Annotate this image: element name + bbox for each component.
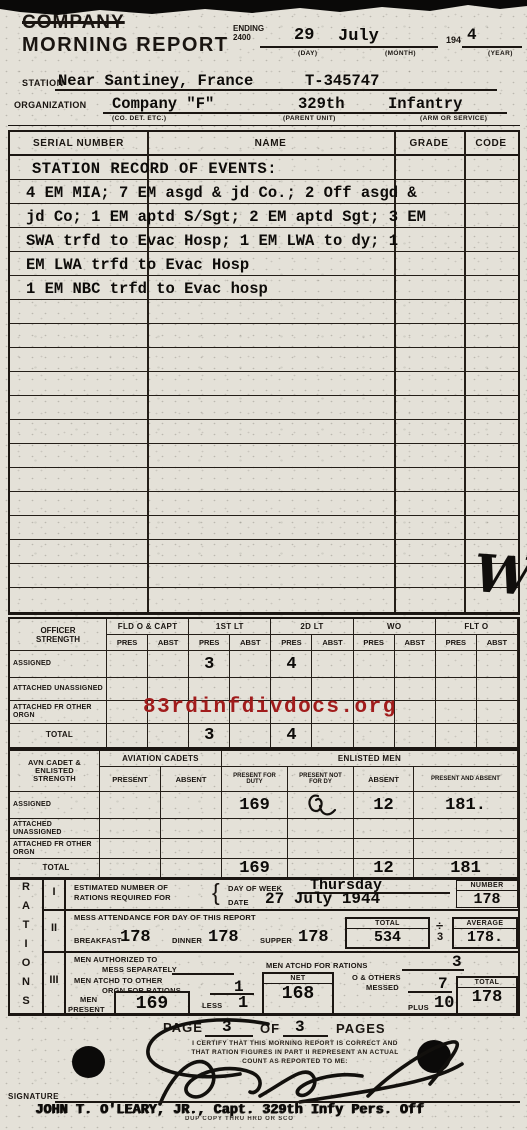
enlisted-cell — [161, 819, 222, 839]
grade-header: GRADE — [394, 132, 464, 154]
mess-total-label: TOTAL — [347, 919, 428, 929]
plus-label: PLUS — [408, 1003, 429, 1012]
enlisted-cell — [288, 859, 354, 878]
table-row — [10, 396, 518, 420]
officer-cell — [395, 678, 436, 701]
table-row — [10, 444, 518, 468]
section-thin-rule-1 — [8, 613, 520, 615]
org-caption-parent: (PARENT UNIT) — [283, 115, 336, 122]
officer-cell — [107, 724, 148, 748]
less-value: 1 — [238, 994, 248, 1013]
record-of-events-line: 4 EM MIA; 7 EM asgd & jd Co.; 2 Off asgd… — [26, 184, 417, 202]
rations-total-box: TOTAL 178 — [456, 976, 518, 1016]
officer-cell — [107, 678, 148, 701]
enlisted-cell — [414, 819, 518, 839]
officer-cell — [477, 701, 518, 724]
mess-total-value: 534 — [347, 929, 428, 946]
group-2d-lt: 2D LT — [271, 619, 353, 635]
pres-header: PRES — [436, 635, 477, 651]
abst-header: ABST — [312, 635, 353, 651]
code-header: CODE — [464, 132, 518, 154]
organization-underline — [103, 112, 507, 114]
number-box: NUMBER 178 — [456, 880, 518, 908]
divisor: 3 — [437, 932, 443, 944]
dinner-value: 178 — [208, 928, 239, 947]
month-caption: (MONTH) — [385, 50, 416, 57]
officer-cell — [312, 724, 353, 748]
organization-label: ORGANIZATION — [14, 101, 86, 110]
watermark-83rdinfdivdocs: 83rdinfdivdocs.org — [143, 696, 397, 719]
handwritten-w-mark: W) — [472, 543, 527, 610]
net-value: 168 — [264, 984, 332, 1004]
average-value: 178. — [454, 929, 516, 946]
col-line-grade — [394, 132, 396, 612]
year-underline — [462, 46, 522, 48]
supper-value: 178 — [298, 928, 329, 947]
dinner-label: DINNER — [172, 936, 202, 945]
officer-cell — [477, 651, 518, 678]
men-authorized-label-1: MEN AUTHORIZED TO — [74, 955, 157, 964]
cadet-absent-header: ABSENT — [161, 767, 222, 792]
average-label: AVERAGE — [454, 919, 516, 929]
table-row — [10, 324, 518, 348]
breakfast-label: BREAKFAST — [74, 936, 122, 945]
enlisted-cell: 181. — [414, 792, 518, 819]
signer-small-print: DUP COPY THRU HRD OR SCO — [185, 1116, 294, 1122]
brace: { — [212, 880, 220, 904]
enlisted-cell — [161, 839, 222, 859]
enlisted-cell — [100, 792, 161, 819]
men-atchd-for-rations-label: MEN ATCHD FOR RATIONS — [266, 961, 368, 970]
enlisted-row-label: ATTACHED UNASSIGNED — [10, 819, 100, 839]
officer-title-line1: OFFICER — [40, 626, 75, 635]
enlisted-strength-table: AVN CADET & ENLISTED STRENGTH AVIATION C… — [8, 749, 520, 880]
group-1st-lt: 1ST LT — [189, 619, 271, 635]
rations-hline-1 — [42, 909, 518, 911]
station-underline — [55, 89, 497, 91]
table-row — [10, 300, 518, 324]
net-label: NET — [264, 974, 332, 984]
group-wo: WO — [354, 619, 436, 635]
pres-header: PRES — [271, 635, 312, 651]
record-of-events-line: 1 EM NBC trfd to Evac hosp — [26, 280, 268, 298]
others-underline — [408, 991, 452, 993]
pres-header: PRES — [107, 635, 148, 651]
rations-total-label: TOTAL — [458, 978, 516, 988]
rations-numeral-1: I — [44, 887, 64, 899]
enlisted-row-label: ATTACHED FR OTHER ORGN — [10, 839, 100, 859]
header-thin-rule — [8, 125, 520, 126]
enlisted-cell: 12 — [354, 792, 414, 819]
officer-cell — [395, 701, 436, 724]
officer-cell — [436, 651, 477, 678]
events-header-row: SERIAL NUMBER NAME GRADE CODE — [10, 132, 518, 156]
officer-title-line2: STRENGTH — [36, 635, 80, 644]
enlisted-cell — [354, 839, 414, 859]
abst-header: ABST — [148, 635, 189, 651]
enlisted-cell — [354, 819, 414, 839]
day-caption: (DAY) — [298, 50, 317, 57]
men-atchd-other-label-1: MEN ATCHD TO OTHER — [74, 976, 162, 985]
o-and-others-label-2: MESSED — [366, 983, 399, 992]
org-caption-company: (CO. DET. ETC.) — [112, 115, 166, 122]
cadet-present-header: PRESENT — [100, 767, 161, 792]
number-value: 178 — [457, 891, 517, 908]
rations-letter: T — [10, 919, 42, 931]
officer-cell — [107, 701, 148, 724]
men-present-label-1: MEN — [80, 995, 97, 1004]
enlisted-cell — [100, 839, 161, 859]
enlisted-cell — [414, 839, 518, 859]
officer-cell — [436, 678, 477, 701]
officer-cell: 3 — [189, 651, 230, 678]
officer-strength-table: OFFICER STRENGTH FLD O & CAPT 1ST LT 2D … — [8, 617, 520, 750]
breakfast-value: 178 — [120, 928, 151, 947]
date-label: DATE — [228, 898, 249, 907]
table-row — [10, 588, 518, 612]
rations-letter: I — [10, 938, 42, 950]
men-authorized-label-2: MESS SEPARATELY — [102, 965, 177, 974]
less-label: LESS — [202, 1001, 222, 1010]
present-for-duty-header: PRESENT FOR DUTY — [222, 767, 288, 792]
ending-time: 2400 — [233, 34, 251, 42]
serial-number-header: SERIAL NUMBER — [10, 132, 147, 154]
record-of-events-line: EM LWA trfd to Evac Hosp — [26, 256, 249, 274]
pres-header: PRES — [189, 635, 230, 651]
date-underline — [260, 46, 438, 48]
organization-company: Company "F" — [112, 95, 214, 113]
enlisted-cell: 12 — [354, 859, 414, 878]
events-table: SERIAL NUMBER NAME GRADE CODE STATION RE… — [8, 130, 520, 614]
abst-header: ABST — [395, 635, 436, 651]
signature-label: SIGNATURE — [8, 1093, 59, 1101]
o-and-others-label-1: O & OTHERS — [352, 973, 401, 982]
plus-value: 10 — [434, 994, 454, 1013]
estimated-label-1: ESTIMATED NUMBER OF — [74, 883, 168, 892]
table-row — [10, 564, 518, 588]
enlisted-cell — [222, 819, 288, 839]
record-of-events-line: jd Co; 1 EM aptd S/Sgt; 2 EM aptd Sgt; 3… — [26, 208, 426, 226]
record-of-events-line: STATION RECORD OF EVENTS: — [32, 160, 277, 178]
table-row — [10, 492, 518, 516]
rations-vline-2 — [64, 879, 66, 1013]
station-coordinate: T-345747 — [305, 72, 379, 90]
atchd-for-underline — [402, 969, 464, 971]
rations-vline-1 — [42, 879, 44, 1013]
officer-cell — [436, 701, 477, 724]
date-value: 27 July 1944 — [265, 890, 380, 908]
org-caption-arm: (ARM OR SERVICE) — [420, 115, 487, 122]
morning-report-scan: COMPANY MORNING REPORT ENDING 2400 29 Ju… — [0, 0, 527, 1130]
name-header: NAME — [147, 132, 394, 154]
enlisted-row-label: TOTAL — [10, 859, 100, 878]
record-of-events-line: SWA trfd to Evac Hosp; 1 EM LWA to dy; 1 — [26, 232, 398, 250]
enlisted-cell — [222, 839, 288, 859]
officer-row-label: ASSIGNED — [10, 651, 107, 678]
officer-cell — [395, 724, 436, 748]
officer-cell: 3 — [189, 724, 230, 748]
year-digit: 4 — [467, 26, 477, 44]
enlisted-cell — [161, 792, 222, 819]
abst-header: ABST — [477, 635, 518, 651]
table-row — [10, 372, 518, 396]
officer-cell — [148, 651, 189, 678]
rations-letter: A — [10, 900, 42, 912]
estimated-label-2: RATIONS REQUIRED FOR — [74, 893, 171, 902]
form-unit-type: COMPANY — [22, 13, 125, 33]
officer-cell — [230, 724, 271, 748]
officer-cell — [436, 724, 477, 748]
table-row — [10, 420, 518, 444]
year-prefix: 194 — [446, 36, 461, 45]
enlisted-strength-title: AVN CADET & ENLISTED STRENGTH — [10, 751, 100, 792]
average-box: AVERAGE 178. — [452, 917, 518, 949]
pres-header: PRES — [354, 635, 395, 651]
rations-section: R A T I O N S I II III ESTIMATED NUMBER … — [8, 877, 520, 1016]
group-flt-o: FLT O — [436, 619, 518, 635]
officer-cell: 4 — [271, 724, 312, 748]
station-value: Near Santiney, France — [58, 72, 253, 90]
abst-header: ABST — [230, 635, 271, 651]
mess-attendance-label: MESS ATTENDANCE FOR DAY OF THIS REPORT — [74, 913, 256, 922]
officer-strength-title: OFFICER STRENGTH — [10, 619, 107, 651]
enlisted-cell — [100, 859, 161, 878]
col-line-code — [464, 132, 466, 612]
enlisted-cell-scribble — [288, 792, 354, 819]
present-not-for-duty-header: PRESENT NOT FOR DY — [288, 767, 354, 792]
rations-letter: O — [10, 957, 42, 969]
supper-label: SUPPER — [260, 936, 292, 945]
table-row — [10, 540, 518, 564]
section-thin-rule-2 — [8, 747, 520, 748]
rations-numeral-2: II — [44, 923, 64, 935]
officer-cell — [354, 651, 395, 678]
handwritten-scribble — [304, 792, 338, 818]
year-caption: (YEAR) — [488, 50, 513, 57]
rations-side-label: R A T I O N S — [10, 881, 42, 1007]
men-present-value: 169 — [136, 994, 168, 1014]
group-fldo-capt: FLD O & CAPT — [107, 619, 189, 635]
table-row — [10, 468, 518, 492]
enlisted-cell: 181 — [414, 859, 518, 878]
rations-letter: N — [10, 976, 42, 988]
rations-numeral-3: III — [44, 975, 64, 987]
table-row — [10, 348, 518, 372]
officer-cell — [477, 678, 518, 701]
absent-header: ABSENT — [354, 767, 414, 792]
signature-scribble — [100, 1012, 480, 1112]
officer-cell — [354, 724, 395, 748]
page-title: MORNING REPORT — [22, 35, 229, 56]
enlisted-cell: 169 — [222, 859, 288, 878]
organization-branch: Infantry — [388, 95, 462, 113]
table-row — [10, 516, 518, 540]
mess-total-box: TOTAL 534 — [345, 917, 430, 949]
rations-hline-2 — [42, 951, 518, 953]
officer-row-label: TOTAL — [10, 724, 107, 748]
rations-letter: R — [10, 881, 42, 893]
organization-regiment: 329th — [298, 95, 345, 113]
present-and-absent-header: PRESENT AND ABSENT — [414, 767, 518, 792]
officer-cell — [107, 651, 148, 678]
enlisted-cell — [161, 859, 222, 878]
net-box: NET 168 — [262, 972, 334, 1016]
group-aviation-cadets: AVIATION CADETS — [100, 751, 222, 767]
officer-row-label: ATTACHED FR OTHER ORGN — [10, 701, 107, 724]
enlisted-cell: 169 — [222, 792, 288, 819]
report-day: 29 — [294, 26, 314, 45]
officer-row-label: ATTACHED UNASSIGNED — [10, 678, 107, 701]
enlisted-cell — [288, 819, 354, 839]
officer-cell — [477, 724, 518, 748]
rations-total-value: 178 — [458, 988, 516, 1007]
mess-separately-blank — [172, 973, 234, 975]
group-enlisted-men: ENLISTED MEN — [222, 751, 518, 767]
col-line-serial — [147, 132, 149, 612]
rations-letter: S — [10, 995, 42, 1007]
officer-cell: 4 — [271, 651, 312, 678]
officer-cell — [148, 724, 189, 748]
enlisted-row-label: ASSIGNED — [10, 792, 100, 819]
officer-cell — [395, 651, 436, 678]
officer-cell — [312, 651, 353, 678]
report-month: July — [338, 27, 379, 46]
number-label: NUMBER — [457, 881, 517, 891]
enlisted-cell — [288, 839, 354, 859]
enlisted-cell — [100, 819, 161, 839]
officer-cell — [230, 651, 271, 678]
